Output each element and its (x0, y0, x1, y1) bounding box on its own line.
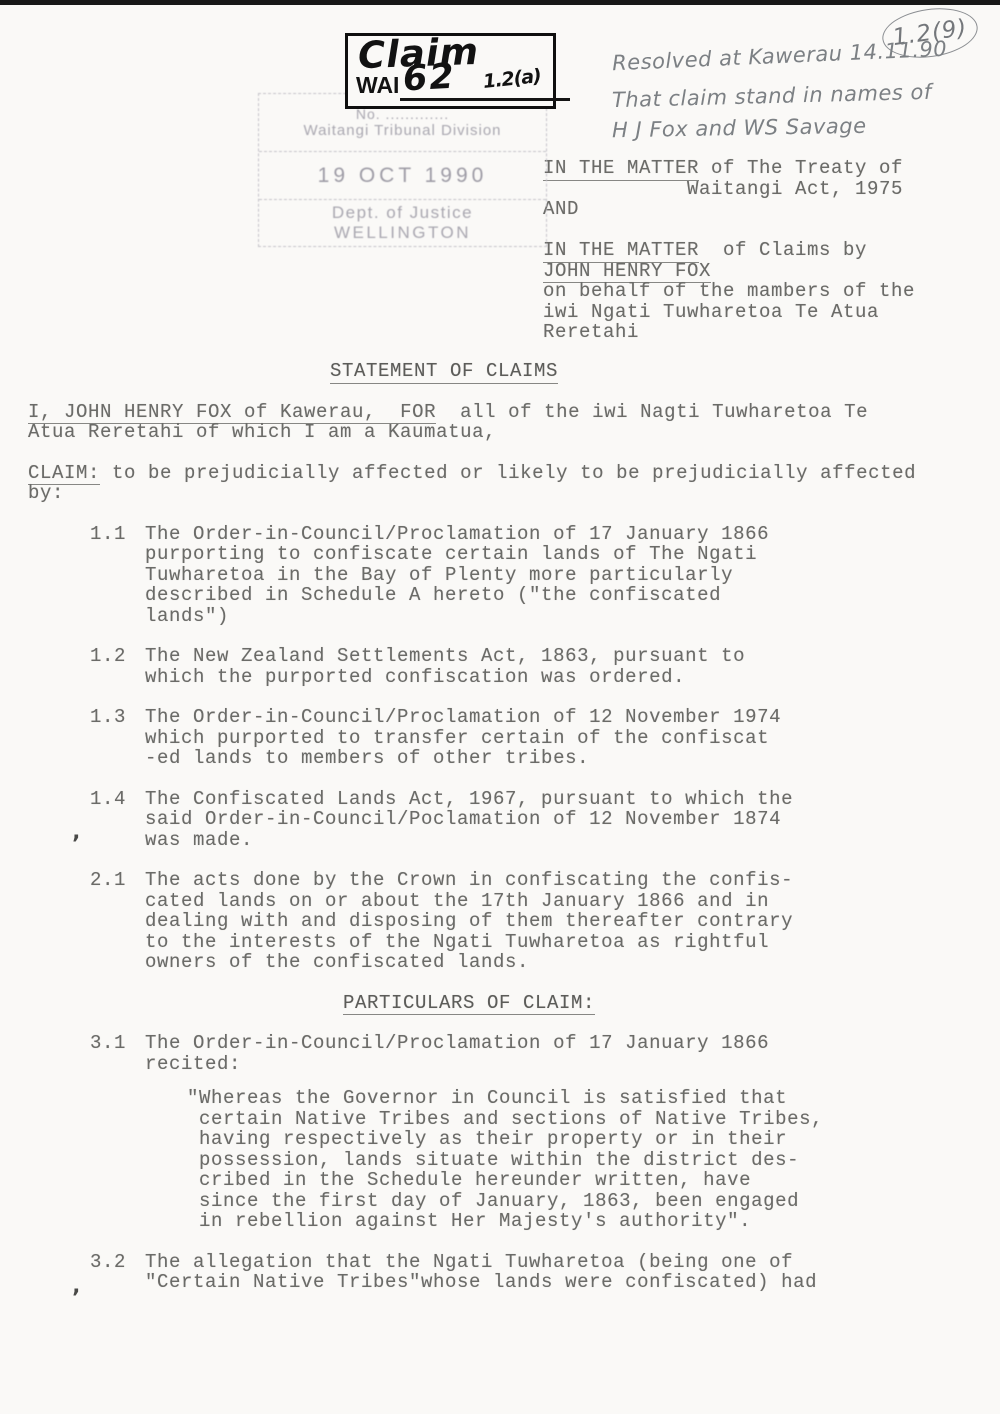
matter-2-rest: of Claims by (699, 239, 867, 261)
claimant-name-line: JOHN HENRY FOX (543, 261, 915, 282)
clause-number: 1.4 (90, 789, 145, 810)
matter-2-line-1: IN THE MATTER of Claims by (543, 240, 915, 261)
clause-text: The allegation that the Ngati Tuwharetoa… (145, 1252, 817, 1293)
intro-paragraph: I, JOHN HENRY FOX of Kawerau, FOR all of… (28, 402, 988, 443)
received-stamp: No. ............. Waitangi Tribunal Divi… (258, 93, 547, 247)
matter-1-line-1: IN THE MATTER of The Treaty of (543, 158, 915, 179)
and-label: AND (543, 199, 915, 220)
stamp-division: Waitangi Tribunal Division (303, 122, 501, 139)
intro-gap (376, 401, 400, 423)
clause-number: 3.2 (90, 1252, 145, 1273)
claim-number-box: Claim WAI 62 1.2(a) (345, 33, 556, 109)
stamp-dept-row: Dept. of Justice WELLINGTON (259, 200, 546, 246)
stamp-city: WELLINGTON (334, 223, 471, 243)
quote-block: "Whereas the Governor in Council is sati… (187, 1088, 988, 1232)
claim-lead-rest: to be prejudicially affected or likely t… (28, 462, 916, 505)
clause-text: The Confiscated Lands Act, 1967, pursuan… (145, 789, 793, 851)
spacer-line (543, 220, 915, 241)
wai-label: WAI (356, 72, 399, 99)
clause-text: The New Zealand Settlements Act, 1863, p… (145, 646, 745, 687)
clause-number: 3.1 (90, 1033, 145, 1054)
claim-ref: 1.2(a) (482, 65, 542, 93)
handwritten-note-line-2: That claim stand in names of (612, 80, 932, 112)
clause-number: 1.2 (90, 646, 145, 667)
intro-for: FOR (400, 401, 436, 423)
clause-text: The Order-in-Council/Proclamation of 17 … (145, 1033, 769, 1074)
margin-mark-2: ’ (72, 1286, 80, 1311)
matter-1-line-2: Waitangi Act, 1975 (543, 179, 915, 200)
clause-text: The acts done by the Crown in confiscati… (145, 870, 793, 973)
clause-1-1: 1.1 The Order-in-Council/Proclamation of… (28, 524, 988, 627)
document-page: No. ............. Waitangi Tribunal Divi… (0, 0, 1000, 1414)
margin-mark-1: ’ (72, 832, 80, 857)
statement-title-text: STATEMENT OF CLAIMS (330, 360, 558, 384)
clause-1-3: 1.3 The Order-in-Council/Proclamation of… (28, 707, 988, 769)
particulars-title-text: PARTICULARS OF CLAIM: (343, 992, 595, 1016)
stamp-dept: Dept. of Justice (332, 203, 473, 223)
stamp-date: 19 OCT 1990 (318, 164, 488, 188)
statement-title: STATEMENT OF CLAIMS (330, 361, 988, 382)
clause-number: 2.1 (90, 870, 145, 891)
clause-1-4: 1.4 The Confiscated Lands Act, 1967, pur… (28, 789, 988, 851)
claim-number: 62 (402, 57, 457, 100)
matter-1-label: IN THE MATTER (543, 157, 699, 181)
particulars-title: PARTICULARS OF CLAIM: (343, 993, 988, 1014)
matter-heading: IN THE MATTER of The Treaty of Waitangi … (543, 158, 915, 343)
matter-1-rest: of The Treaty of (699, 157, 903, 179)
claim-underline (400, 98, 570, 101)
claim-lead-paragraph: CLAIM: to be prejudicially affected or l… (28, 463, 988, 504)
stamp-date-row: 19 OCT 1990 (259, 152, 546, 200)
clause-number: 1.1 (90, 524, 145, 545)
clause-1-2: 1.2 The New Zealand Settlements Act, 186… (28, 646, 988, 687)
intro-claimant: I, JOHN HENRY FOX of Kawerau, (28, 401, 376, 423)
clause-2-1: 2.1 The acts done by the Crown in confis… (28, 870, 988, 973)
clause-3-2: 3.2 The allegation that the Ngati Tuwhar… (28, 1252, 988, 1293)
clause-text: The Order-in-Council/Proclamation of 12 … (145, 707, 781, 769)
clause-number: 1.3 (90, 707, 145, 728)
clause-3-1: 3.1 The Order-in-Council/Proclamation of… (28, 1033, 988, 1074)
scan-edge-top (0, 0, 1000, 5)
clause-text: The Order-in-Council/Proclamation of 17 … (145, 524, 769, 627)
document-body: STATEMENT OF CLAIMS I, JOHN HENRY FOX of… (28, 361, 988, 1313)
matter-2-label: IN THE MATTER (543, 239, 699, 263)
matter-2-body: on behalf of the mambers of the iwi Ngat… (543, 281, 915, 343)
handwritten-note-line-1: Resolved at Kawerau 14.11.90 (612, 37, 948, 76)
handwritten-note-line-3: H J Fox and WS Savage (612, 114, 867, 142)
